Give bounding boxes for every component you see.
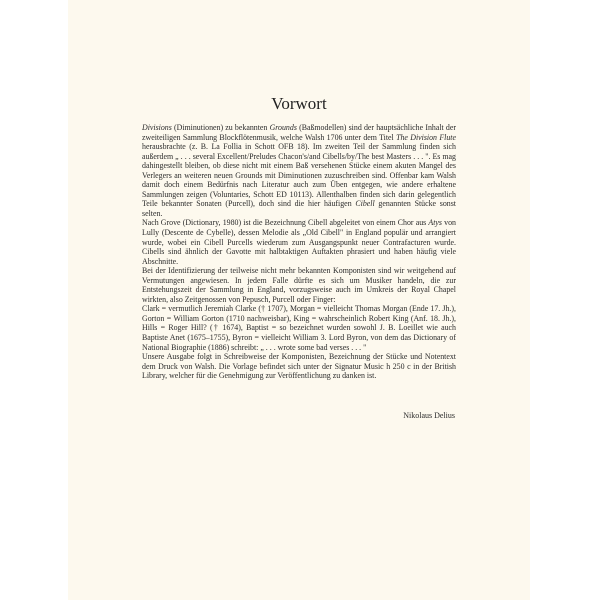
paragraph: Unsere Ausgabe folgt in Schreibweise der… <box>142 352 456 381</box>
paragraph: Clark = vermutlich Jeremiah Clarke († 17… <box>142 304 456 352</box>
text-run: Unsere Ausgabe folgt in Schreibweise der… <box>142 352 456 380</box>
paragraph: Nach Grove (Dictionary, 1980) ist die Be… <box>142 218 456 266</box>
page-title: Vorwort <box>68 94 530 114</box>
preface-body: Divisions (Diminutionen) zu bekannten Gr… <box>142 123 456 381</box>
text-run: Nach Grove (Dictionary, 1980) ist die Be… <box>142 218 428 227</box>
italic-term: Grounds <box>270 123 297 132</box>
text-run: (Diminutionen) zu bekannten <box>172 123 270 132</box>
italic-term: Atys <box>428 218 442 227</box>
text-run: Bei der Identifizierung der teilweise ni… <box>142 266 456 304</box>
paragraph: Divisions (Diminutionen) zu bekannten Gr… <box>142 123 456 218</box>
text-run: Clark = vermutlich Jeremiah Clarke († 17… <box>142 304 456 351</box>
author-signature: Nikolaus Delius <box>403 411 455 420</box>
document-page: Vorwort Divisions (Diminutionen) zu beka… <box>68 0 530 600</box>
italic-term: Cibell <box>355 199 374 208</box>
italic-term: The Division Flute <box>396 133 456 142</box>
paragraph: Bei der Identifizierung der teilweise ni… <box>142 266 456 304</box>
italic-term: Divisions <box>142 123 172 132</box>
